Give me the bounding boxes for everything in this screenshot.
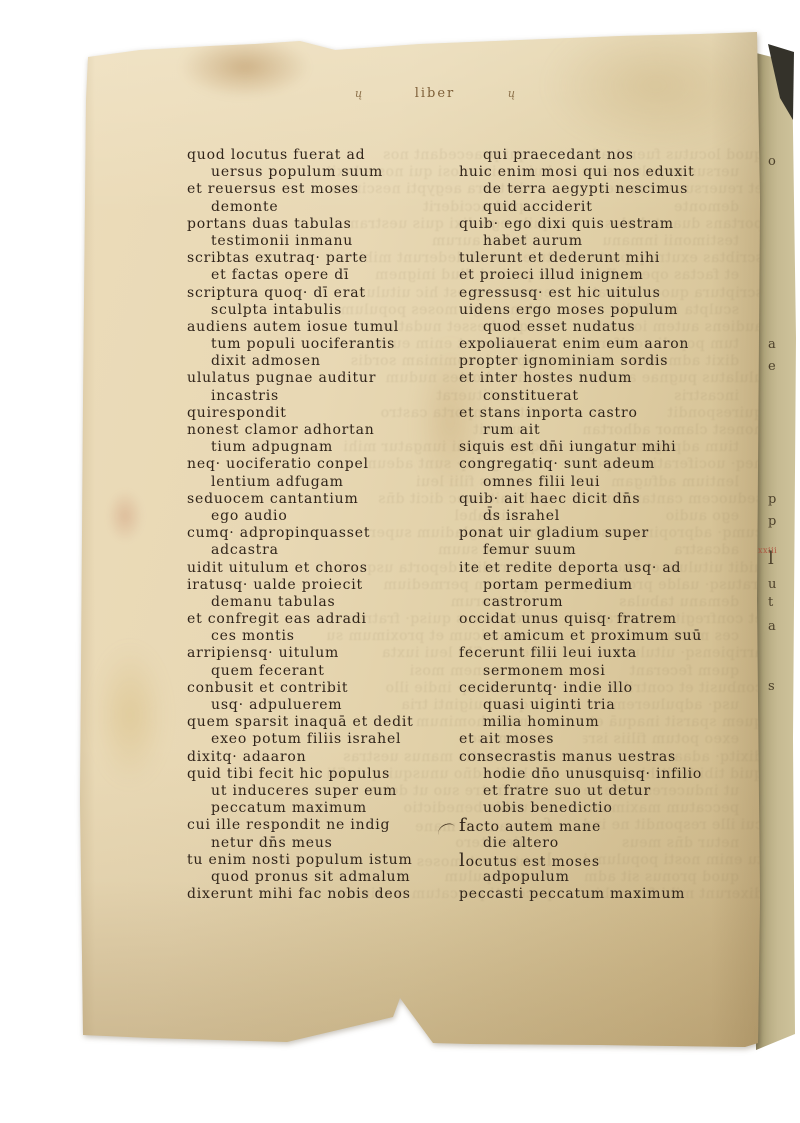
line-text: et ait moses xyxy=(459,731,554,747)
line-text: hodie dn̄o unusquisq· infilio xyxy=(483,766,702,782)
text-line: portam permedium xyxy=(459,577,749,594)
line-text: congregatiq· sunt adeum xyxy=(459,456,655,472)
text-line: siquis est dn̄i iungatur mihi xyxy=(459,439,749,456)
line-text: ces montis xyxy=(211,628,295,644)
line-text: et fratre suo ut detur xyxy=(483,783,651,799)
text-line: quib· ait haec dicit dn̄s xyxy=(459,491,749,508)
line-text: expoliauerat enim eum aaron xyxy=(459,336,689,352)
text-line: habet aurum xyxy=(459,233,749,250)
line-text: dixitq· adaaron xyxy=(187,749,306,765)
text-line: uersus populum suum xyxy=(187,164,459,181)
text-line: uidit uitulum et choros xyxy=(187,560,459,577)
line-text: cecideruntq· indie illo xyxy=(459,680,633,696)
line-text: de terra aegypti nescimus xyxy=(483,181,688,197)
line-text: habet aurum xyxy=(483,233,583,249)
line-text: sculpta intabulis xyxy=(211,302,342,318)
text-line: facto autem mane xyxy=(459,817,749,834)
text-line: huic enim mosi qui nos eduxit xyxy=(459,164,749,181)
text-line: de terra aegypti nescimus xyxy=(459,181,749,198)
text-line: d̄s israhel xyxy=(459,508,749,525)
text-line: dixit admosen xyxy=(187,353,459,370)
text-line: egressusq· est hic uitulus xyxy=(459,285,749,302)
line-text: huic enim mosi qui nos eduxit xyxy=(459,164,695,180)
text-line: castrorum xyxy=(459,594,749,611)
text-line: tulerunt et dederunt mihi xyxy=(459,250,749,267)
text-line: incastris xyxy=(187,388,459,405)
line-text: quod pronus sit admalum xyxy=(211,869,410,885)
text-column-right: qui praecedant nos huic enim mosi qui no… xyxy=(459,147,749,903)
text-line: ite et redite deporta usq· ad xyxy=(459,560,749,577)
bottom-shading xyxy=(75,880,770,1055)
line-text: et inter hostes nudum xyxy=(459,370,632,386)
line-text: quem sparsit inaquā et dedit xyxy=(187,714,414,730)
line-text: lentium adfugam xyxy=(211,474,344,490)
text-line: lentium adfugam xyxy=(187,474,459,491)
text-line: propter ignominiam sordis xyxy=(459,353,749,370)
text-line: sculpta intabulis xyxy=(187,302,459,319)
line-text: quid tibi fecit hic populus xyxy=(187,766,390,782)
text-column-left: quod locutus fuerat ad uersus populum su… xyxy=(187,147,459,903)
text-line: et inter hostes nudum xyxy=(459,370,749,387)
line-text: tulerunt et dederunt mihi xyxy=(459,250,660,266)
line-text: ut induceres super eum xyxy=(211,783,397,799)
text-line: scriptura quoq· dī erat xyxy=(187,285,459,302)
text-line: ut induceres super eum xyxy=(187,783,459,800)
line-text: occidat unus quisq· fratrem xyxy=(459,611,677,627)
stain xyxy=(545,20,765,150)
line-text: quib· ait haec dicit dn̄s xyxy=(459,491,640,507)
line-text: dixerunt mihi fac nobis deos xyxy=(187,886,411,902)
text-line: milia hominum xyxy=(459,714,749,731)
line-text: usq· adpuluerem xyxy=(211,697,342,713)
line-text: conbusit et contribit xyxy=(187,680,348,696)
line-text: seduocem cantantium xyxy=(187,491,359,507)
text-line: omnes filii leui xyxy=(459,474,749,491)
text-line: sermonem mosi xyxy=(459,663,749,680)
line-text: testimonii inmanu xyxy=(211,233,353,249)
line-text: tium adpugnam xyxy=(211,439,333,455)
text-line: cumq· adpropinquasset xyxy=(187,525,459,542)
text-line: hodie dn̄o unusquisq· infilio xyxy=(459,766,749,783)
text-line: cecideruntq· indie illo xyxy=(459,680,749,697)
line-text: scribtas exutraq· parte xyxy=(187,250,368,266)
line-text: fecerunt filii leui iuxta xyxy=(459,645,637,661)
line-text: ululatus pugnae auditur xyxy=(187,370,376,386)
manuscript-page-photo: o a e p p xxxiii l u t a s xyxy=(0,0,800,1123)
line-text: adpopulum xyxy=(483,869,570,885)
line-text: scriptura quoq· dī erat xyxy=(187,285,366,301)
text-line: occidat unus quisq· fratrem xyxy=(459,611,749,628)
text-line: quid acciderit xyxy=(459,199,749,216)
line-text: propter ignominiam sordis xyxy=(459,353,668,369)
text-line: et factas opere dī xyxy=(187,267,459,284)
line-text: portam permedium xyxy=(483,577,633,593)
line-text: milia hominum xyxy=(483,714,599,730)
text-line: adpopulum xyxy=(459,869,749,886)
text-line: consecrastis manus uestras xyxy=(459,749,749,766)
text-line: seduocem cantantium xyxy=(187,491,459,508)
line-text: demonte xyxy=(211,199,278,215)
line-text: et reuersus est moses xyxy=(187,181,359,197)
stain xyxy=(95,645,165,785)
line-text: cui ille respondit ne indig xyxy=(187,817,390,833)
line-text: neq· uociferatio conpel xyxy=(187,456,369,472)
line-text: uersus populum suum xyxy=(211,164,383,180)
text-line: femur suum xyxy=(459,542,749,559)
text-line: ululatus pugnae auditur xyxy=(187,370,459,387)
line-text: audiens autem iosue tumul xyxy=(187,319,399,335)
text-line: scribtas exutraq· parte xyxy=(187,250,459,267)
text-line: et stans inporta castro xyxy=(459,405,749,422)
text-line: quasi uiginti tria xyxy=(459,697,749,714)
text-line: neq· uociferatio conpel xyxy=(187,456,459,473)
text-line: expoliauerat enim eum aaron xyxy=(459,336,749,353)
line-text: et confregit eas adradi xyxy=(187,611,367,627)
line-text: tu enim nosti populum istum xyxy=(187,852,413,868)
text-line: quod pronus sit admalum xyxy=(187,869,459,886)
line-text: exeo potum filiis israhel xyxy=(211,731,401,747)
text-line: et proieci illud inignem xyxy=(459,267,749,284)
line-text: uidit uitulum et choros xyxy=(187,560,368,576)
line-text: peccasti peccatum maximum xyxy=(459,886,685,902)
line-text: quib· ego dixi quis uestram xyxy=(459,216,674,232)
text-line: audiens autem iosue tumul xyxy=(187,319,459,336)
text-line: nonest clamor adhortan xyxy=(187,422,459,439)
text-line: iratusq· ualde proiecit xyxy=(187,577,459,594)
text-line: constituerat xyxy=(459,388,749,405)
line-text: iratusq· ualde proiecit xyxy=(187,577,363,593)
text-line: demanu tabulas xyxy=(187,594,459,611)
line-text: et stans inporta castro xyxy=(459,405,638,421)
line-text: et proieci illud inignem xyxy=(459,267,644,283)
line-text: tum populi uociferantis xyxy=(211,336,395,352)
line-text: dixit admosen xyxy=(211,353,321,369)
line-text: quod locutus fuerat ad xyxy=(187,147,365,163)
running-title: ų liber ų xyxy=(355,86,515,101)
line-text: cumq· adpropinquasset xyxy=(187,525,370,541)
line-text: locutus est moses xyxy=(459,854,600,870)
line-text: quasi uiginti tria xyxy=(483,697,615,713)
text-line: quem sparsit inaquā et dedit xyxy=(187,714,459,731)
line-text: incastris xyxy=(211,388,279,404)
text-line: et amicum et proximum suū xyxy=(459,628,749,645)
line-text: peccatum maximum xyxy=(211,800,367,816)
line-text: quod esset nudatus xyxy=(483,319,635,335)
parchment-leaf: ų liber ų qui praecedant noshuic enim mo… xyxy=(75,30,770,1055)
text-line: quod esset nudatus xyxy=(459,319,749,336)
line-text: femur suum xyxy=(483,542,576,558)
line-text: adcastra xyxy=(211,542,279,558)
line-text: facto autem mane xyxy=(459,819,601,835)
leaf-wrap: ų liber ų qui praecedant noshuic enim mo… xyxy=(0,0,800,1123)
text-line: peccatum maximum xyxy=(187,800,459,817)
line-text: uidens ergo moses populum xyxy=(459,302,678,318)
text-line: tum populi uociferantis xyxy=(187,336,459,353)
line-text: quid acciderit xyxy=(483,199,593,215)
text-line: die altero xyxy=(459,835,749,852)
stain xyxy=(107,490,143,542)
text-line: dixerunt mihi fac nobis deos xyxy=(187,886,459,903)
line-text: omnes filii leui xyxy=(483,474,600,490)
text-line: congregatiq· sunt adeum xyxy=(459,456,749,473)
line-text: demanu tabulas xyxy=(211,594,336,610)
text-line: demonte xyxy=(187,199,459,216)
line-text: rum ait xyxy=(483,422,541,438)
text-line: usq· adpuluerem xyxy=(187,697,459,714)
text-line: locutus est moses xyxy=(459,852,749,869)
text-line: uobis benedictio xyxy=(459,800,749,817)
line-text: consecrastis manus uestras xyxy=(459,749,676,765)
text-line: quod locutus fuerat ad xyxy=(187,147,459,164)
header-flourish-left: ų xyxy=(355,87,362,100)
line-text: ponat uir gladium super xyxy=(459,525,649,541)
text-line: ego audio xyxy=(187,508,459,525)
line-text: siquis est dn̄i iungatur mihi xyxy=(459,439,676,455)
line-text: sermonem mosi xyxy=(483,663,606,679)
text-line: netur dn̄s meus xyxy=(187,835,459,852)
line-text: portans duas tabulas xyxy=(187,216,352,232)
text-line: et fratre suo ut detur xyxy=(459,783,749,800)
text-line: quirespondit xyxy=(187,405,459,422)
text-line: portans duas tabulas xyxy=(187,216,459,233)
text-line: arripiensq· uitulum xyxy=(187,645,459,662)
line-text: egressusq· est hic uitulus xyxy=(459,285,661,301)
text-line: ponat uir gladium super xyxy=(459,525,749,542)
text-line: ces montis xyxy=(187,628,459,645)
line-text: ego audio xyxy=(211,508,288,524)
text-line: tium adpugnam xyxy=(187,439,459,456)
text-line: et confregit eas adradi xyxy=(187,611,459,628)
running-title-text: liber xyxy=(415,86,456,101)
text-line: adcastra xyxy=(187,542,459,559)
text-line: quid tibi fecit hic populus xyxy=(187,766,459,783)
text-line: peccasti peccatum maximum xyxy=(459,886,749,903)
line-text: d̄s israhel xyxy=(483,508,560,524)
line-text: et amicum et proximum suū xyxy=(483,628,702,644)
stain xyxy=(180,36,310,98)
text-line: uidens ergo moses populum xyxy=(459,302,749,319)
header-flourish-right: ų xyxy=(508,87,515,100)
line-text: arripiensq· uitulum xyxy=(187,645,339,661)
text-line: testimonii inmanu xyxy=(187,233,459,250)
left-edge-shading xyxy=(75,30,95,1055)
line-text: quirespondit xyxy=(187,405,287,421)
line-text: uobis benedictio xyxy=(483,800,613,816)
text-line: quem fecerant xyxy=(187,663,459,680)
text-line: cui ille respondit ne indig xyxy=(187,817,459,834)
text-line: quib· ego dixi quis uestram xyxy=(459,216,749,233)
line-text: constituerat xyxy=(483,388,579,404)
line-text: nonest clamor adhortan xyxy=(187,422,375,438)
line-text: die altero xyxy=(483,835,559,851)
line-text: qui praecedant nos xyxy=(483,147,634,163)
text-line: rum ait xyxy=(459,422,749,439)
text-line: qui praecedant nos xyxy=(459,147,749,164)
text-line: dixitq· adaaron xyxy=(187,749,459,766)
text-line: fecerunt filii leui iuxta xyxy=(459,645,749,662)
text-line: et ait moses xyxy=(459,731,749,748)
line-text: et factas opere dī xyxy=(211,267,349,283)
text-line: tu enim nosti populum istum xyxy=(187,852,459,869)
line-text: castrorum xyxy=(483,594,563,610)
line-text: quem fecerant xyxy=(211,663,325,679)
text-line: et reuersus est moses xyxy=(187,181,459,198)
line-text: netur dn̄s meus xyxy=(211,835,333,851)
text-line: conbusit et contribit xyxy=(187,680,459,697)
text-line: exeo potum filiis israhel xyxy=(187,731,459,748)
line-text: ite et redite deporta usq· ad xyxy=(459,560,681,576)
